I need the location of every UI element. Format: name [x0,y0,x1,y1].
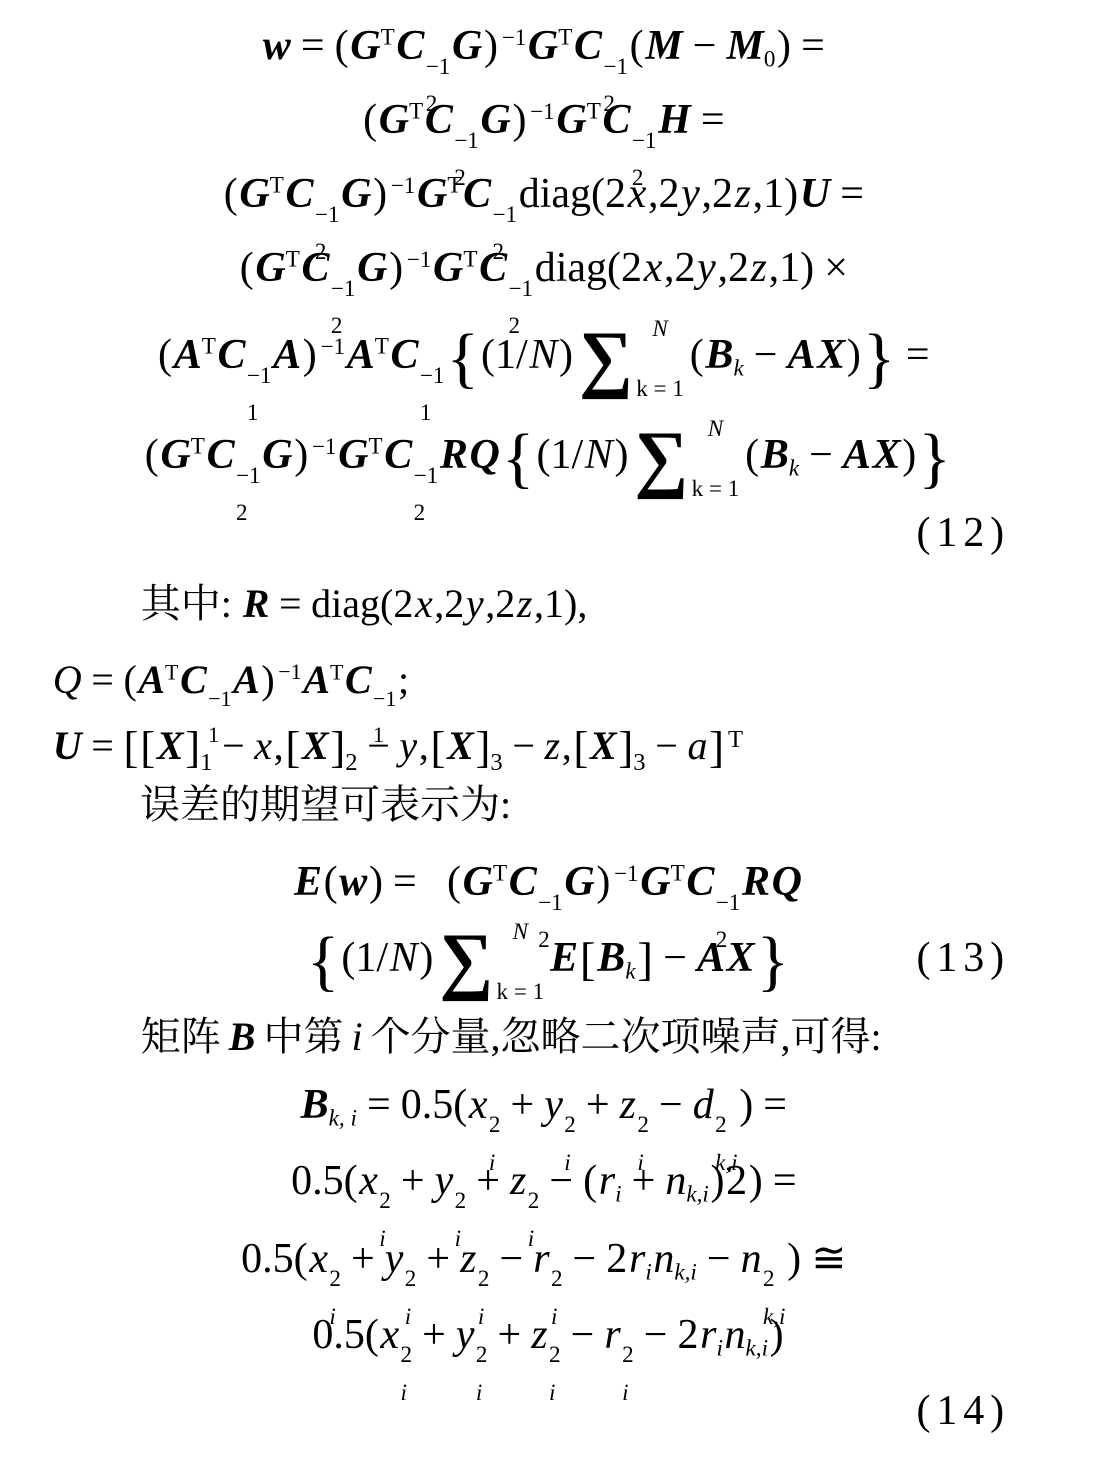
expectation-intro-text: 误差的期望可表示为: [0,774,1096,836]
eq13-line-1: E(w)=(GTC−12G)−1GTC−12RQ [0,836,1096,910]
equation-number-13: (13) [917,910,1011,1006]
paper-page: w=(GTC−12G)−1GTC−12(M−M0)= (GTC−12G)−1GT… [0,0,1096,1469]
eq13-line-2: {(1/N)∑Nk = 1E[Bk]−AX} (13) [0,910,1096,1006]
eq12-line-3: (GTC−12G)−1GTC−12diag(2x,2y,2z,1)U= [0,148,1096,222]
eq12-line-6: (GTC−12G)−1GTC−12RQ{(1/N)∑Nk = 1(Bk−AX)} [0,396,1096,496]
eq12-line-1: w=(GTC−12G)−1GTC−12(M−M0)= [0,0,1096,74]
equation-number-14: (14) [917,1388,1011,1434]
eq12-line-2: (GTC−12G)−1GTC−12H= [0,74,1096,148]
eq14-line-4: 0.5(x2i+y2i+z2i−r2i−2rink,i) [0,1298,1096,1372]
equation-number-12: (12) [917,510,1011,556]
eq12-line-5: (ATC−11A)−1ATC−11{(1/N)∑Nk = 1(Bk−AX)}= [0,296,1096,396]
eq12-number-line: (12) [0,496,1096,570]
where-r-line: 其中:R=diag(2x,2y,2z,1), [0,570,1096,638]
eq14-number-line: (14) [0,1372,1096,1450]
eq12-line-4: (GTC−12G)−1GTC−12diag(2x,2y,2z,1)× [0,222,1096,296]
eq14-line-1: Bk, i=0.5(x2i+y2i+z2i−d2k,i)= [0,1068,1096,1142]
where-q-line: Q=(ATC−11A)−1ATC−11; [0,638,1096,706]
where-u-line: U=[[X]1−x,[X]2−y,[X]3−z,[X]3−a]T [0,706,1096,774]
matrix-b-intro-text: 矩阵B中第i个分量,忽略二次项噪声,可得: [0,1006,1096,1068]
eq14-line-3: 0.5(x2i+y2i+z2i−r2i−2rink,i−n2k,i)≅ [0,1220,1096,1298]
eq14-line-2: 0.5(x2i+y2i+z2i−(ri+nk,i)2)= [0,1142,1096,1220]
eq13-line-2-body: {(1/N)∑Nk = 1E[Bk]−AX} [306,935,791,981]
